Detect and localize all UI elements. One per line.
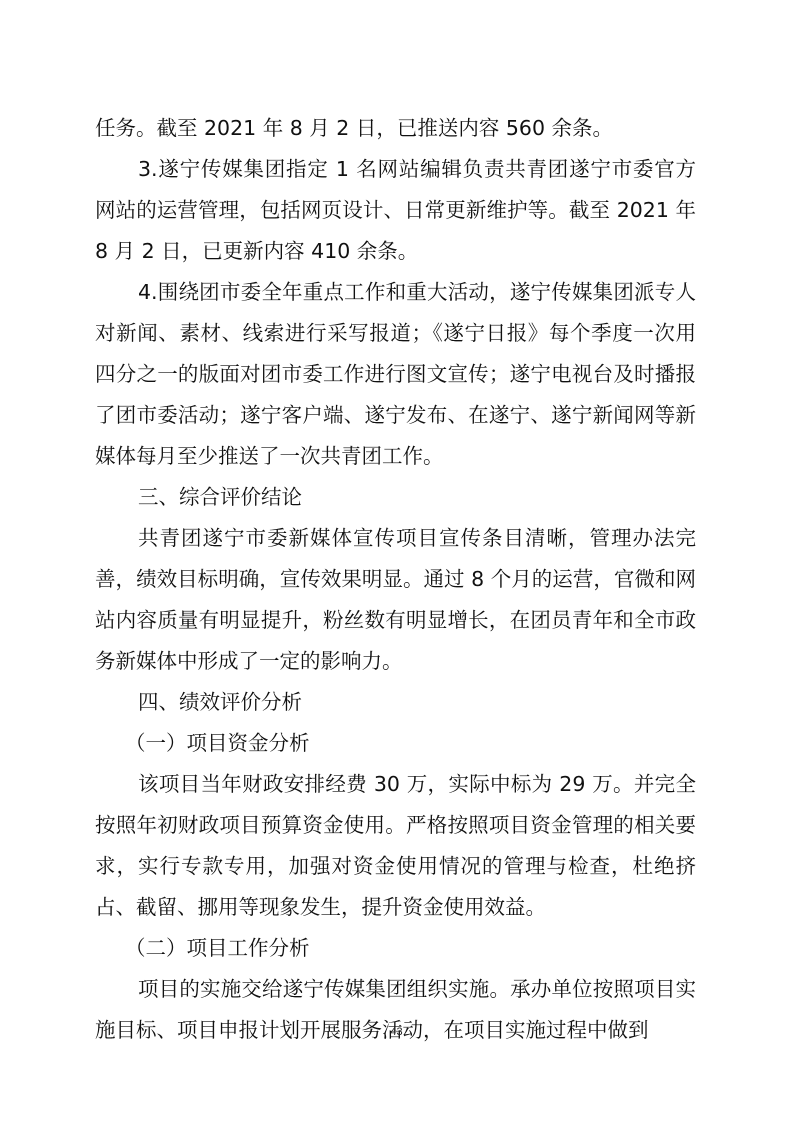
page-number: 43	[0, 1026, 793, 1038]
document-page: 任务。截至 2021 年 8 月 2 日，已推送内容 560 余条。 3.遂宁传…	[95, 108, 696, 1051]
paragraph-continuation: 任务。截至 2021 年 8 月 2 日，已推送内容 560 余条。	[95, 108, 696, 149]
paragraph-website-editor: 3.遂宁传媒集团指定 1 名网站编辑负责共青团遂宁市委官方网站的运营管理，包括网…	[95, 149, 696, 272]
paragraph-conclusion: 共青团遂宁市委新媒体宣传项目宣传条目清晰，管理办法完善，绩效目标明确，宣传效果明…	[95, 518, 696, 682]
paragraph-media-coverage: 4.围绕团市委全年重点工作和重大活动，遂宁传媒集团派专人对新闻、素材、线索进行采…	[95, 272, 696, 477]
heading-performance-analysis: 四、绩效评价分析	[95, 682, 696, 723]
paragraph-fund-analysis: 该项目当年财政安排经费 30 万，实际中标为 29 万。并完全按照年初财政项目预…	[95, 764, 696, 928]
subheading-work-analysis: （二）项目工作分析	[95, 928, 696, 969]
paragraph-work-analysis: 项目的实施交给遂宁传媒集团组织实施。承办单位按照项目实施目标、项目申报计划开展服…	[95, 969, 696, 1051]
heading-evaluation-conclusion: 三、综合评价结论	[95, 477, 696, 518]
subheading-fund-analysis: （一）项目资金分析	[95, 723, 696, 764]
